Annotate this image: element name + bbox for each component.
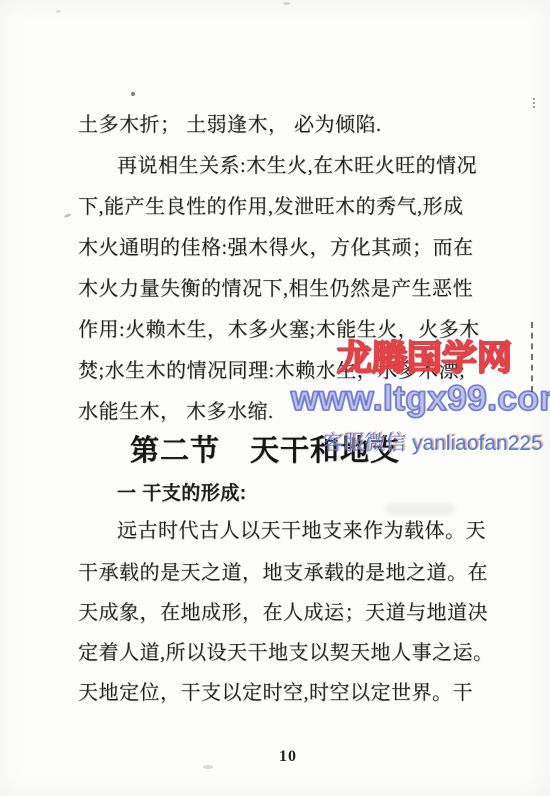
watermark-contact: 客服微信 yanliaofan225 [322,427,543,457]
body-text-line: 再说相生关系:木生火,在木旺火旺的情况 [117,149,477,178]
body-text-line: 木火通明的佳格:强木得火，方化其顽；而在 [78,231,474,260]
body-text-line: 远古时代古人以天干地支来作为载体。天 [117,514,486,543]
body-text-line: 定着人道,所以设天干地支以契天地人事之运。 [78,636,494,665]
subsection-heading: 一 干支的形成: [117,478,247,505]
scan-artifact-dashed-line [531,322,533,392]
body-text-line: 水能生木， 木多水缩. [78,395,274,424]
body-text-line: 天地定位，干支以定时空,时空以定世界。干 [78,676,473,705]
scanned-book-page: 土多木折； 土弱逢木， 必为倾陷. 再说相生关系:木生火,在木旺火旺的情况 下,… [0,0,550,796]
watermark-site-name: 龙腾国学网 [337,331,512,381]
scan-speck [131,92,135,96]
body-text-line: 下,能产生良性的作用,发泄旺木的秀气,形成 [78,190,464,219]
body-text-line: 土多木折； 土弱逢木， 必为倾陷. [78,108,382,137]
scan-speck [56,10,61,13]
body-text-line: 木火力量失衡的情况下,相生仍然是产生恶性 [78,272,473,301]
scan-speck [283,2,290,5]
scan-speck [64,213,72,218]
watermark-url: www.ltgx99.com [291,379,550,419]
body-text-line: 干承载的是天之道，地支承载的是地之道。在 [78,556,488,585]
page-number: 10 [0,748,550,766]
body-text-line: 天成象，在地成形，在人成运；天道与地道决 [78,596,488,625]
scan-artifact-dash-tick [533,98,535,108]
scan-smudge [385,503,455,515]
scan-speck [203,765,213,769]
